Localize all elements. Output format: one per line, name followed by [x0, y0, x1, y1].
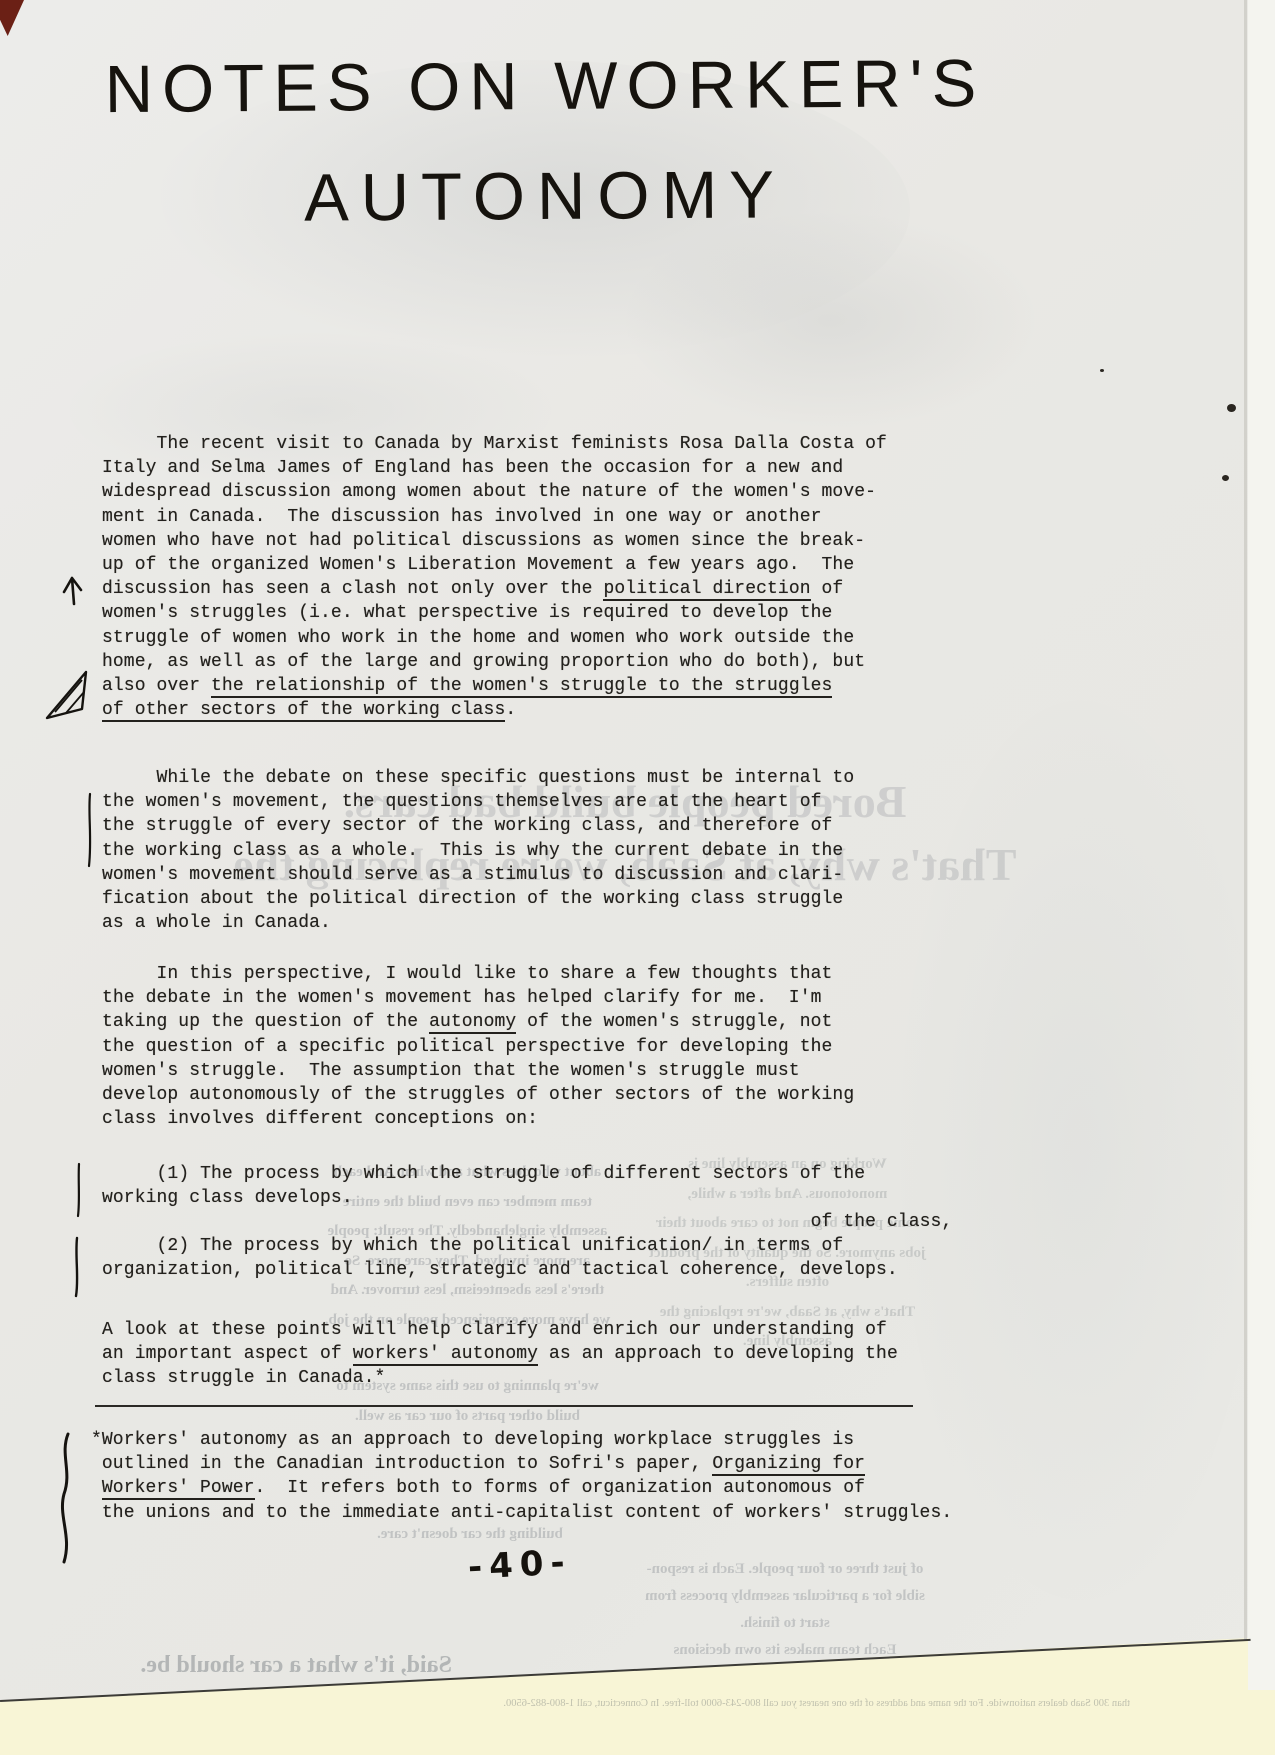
bleedthrough-fine-print: than 300 Saab dealers nationwide. For th…: [85, 1698, 1130, 1709]
margin-up-arrow-icon: [60, 572, 88, 606]
margin-emphasis-line-icon: [85, 792, 95, 868]
footnote: *Workers' autonomy as an approach to dev…: [91, 1428, 1211, 1525]
scanned-page: Bored people build bad cars. That's why,…: [0, 0, 1275, 1755]
handwritten-page-number: -40-: [467, 1542, 572, 1587]
paragraph-1: The recent visit to Canada by Marxist fe…: [102, 432, 1222, 722]
margin-emphasis-line-icon: [72, 1236, 82, 1298]
list-item-2: of the class, (2) The process by which t…: [102, 1210, 1222, 1283]
page-title-line-2: AUTONOMY: [70, 155, 1021, 239]
ink-speck: [1100, 369, 1104, 372]
list-item-1: (1) The process by which the struggle of…: [102, 1162, 1222, 1210]
ink-speck: [1227, 404, 1236, 412]
margin-arrowhead-icon: [40, 668, 92, 724]
footnote-squiggle-icon: [58, 1432, 78, 1564]
margin-emphasis-line-icon: [74, 1162, 84, 1218]
paper-right-edge-shadow: [1244, 0, 1247, 1640]
ink-speck: [1222, 475, 1229, 481]
paragraph-3: In this perspective, I would like to sha…: [102, 962, 1222, 1131]
paragraph-2: While the debate on these specific quest…: [102, 766, 1222, 935]
page-title-line-1: NOTES ON WORKER'S: [70, 45, 1021, 129]
paragraph-4: A look at these points will help clarify…: [102, 1318, 1222, 1391]
adjacent-page-edge: [1248, 0, 1275, 1690]
footnote-separator-rule: [95, 1405, 913, 1407]
